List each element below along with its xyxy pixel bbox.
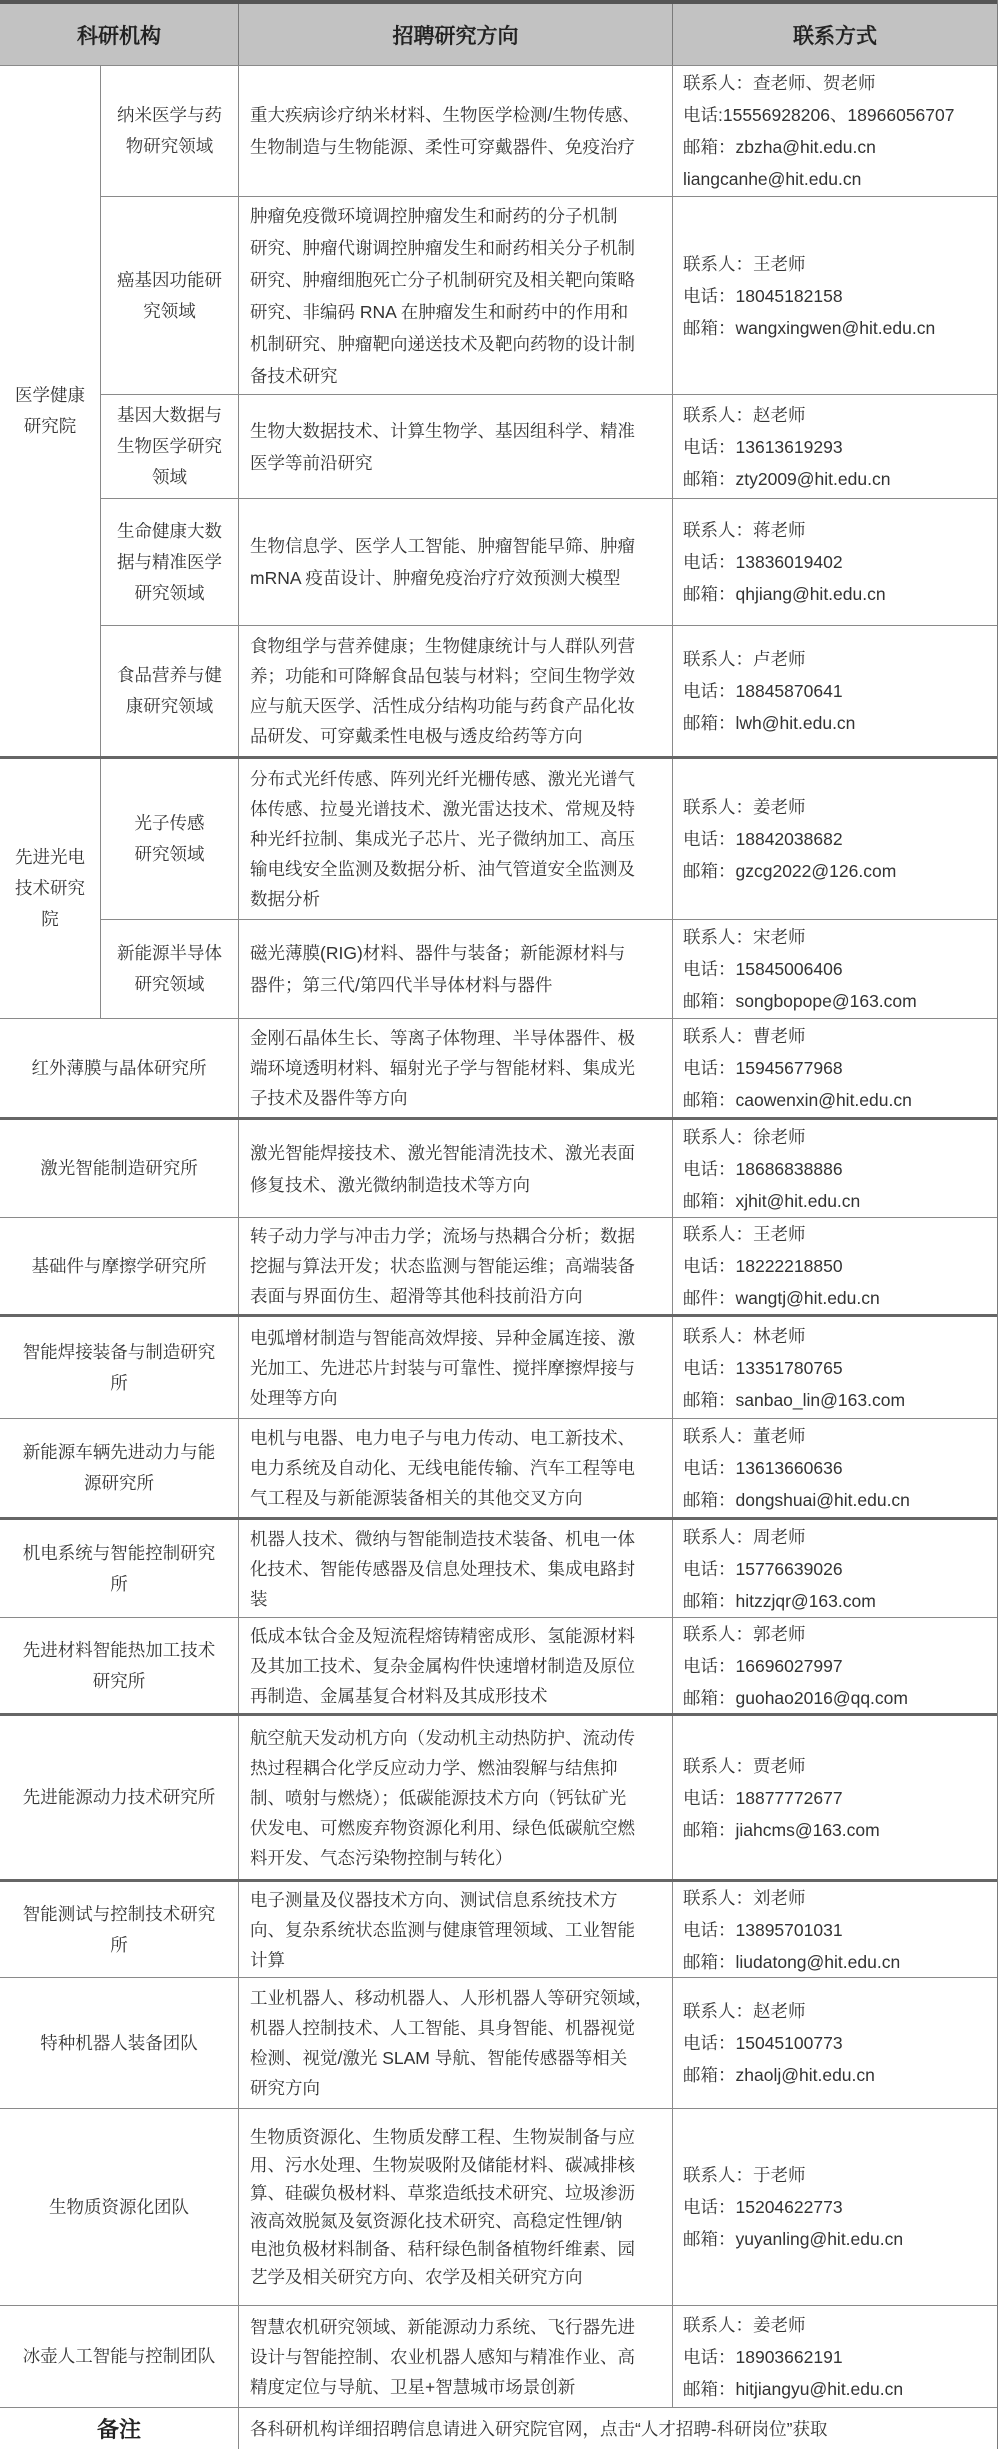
contact-person: 联系人：赵老师 — [683, 1995, 806, 2027]
contact-email: 邮箱：wangxingwen@hit.edu.cn — [683, 312, 935, 344]
table-row: 光子传感 研究领域 分布式光纤传感、阵列光纤光栅传感、激光光谱气 体传感、拉曼光… — [100, 756, 997, 919]
contact-info: 联系人：周老师 电话：15776639026 邮箱：hitzzjqr@163.c… — [672, 1520, 997, 1617]
research-directions: 智慧农机研究领域、新能源动力系统、飞行器先进 设计与智能控制、农业机器人感知与精… — [238, 2306, 672, 2407]
contact-phone: 电话：13613619293 — [683, 431, 843, 463]
table-row: 食品营养与健 康研究领域 食物组学与营养健康；生物健康统计与人群队列营 养；功能… — [100, 625, 997, 756]
table-row: 先进材料智能热加工技术 研究所 低成本钛合金及短流程熔铸精密成形、氢能源材料 及… — [0, 1617, 997, 1713]
contact-info: 联系人：于老师 电话：15204622773 邮箱：yuyanling@hit.… — [672, 2109, 997, 2305]
contact-person: 联系人：刘老师 — [683, 1882, 806, 1914]
contact-phone: 电话：18686838886 — [683, 1153, 843, 1185]
header-research-directions: 招聘研究方向 — [238, 4, 672, 65]
contact-email: 邮箱：zhaolj@hit.edu.cn — [683, 2059, 875, 2091]
contact-person: 联系人：王老师 — [683, 248, 806, 280]
field-name: 光子传感 研究领域 — [100, 759, 238, 919]
institute-name: 特种机器人装备团队 — [0, 1978, 238, 2108]
contact-email: 邮件：wangtj@hit.edu.cn — [683, 1282, 880, 1314]
table-row: 癌基因功能研 究领域 肿瘤免疫微环境调控肿瘤发生和耐药的分子机制 研究、肿瘤代谢… — [100, 196, 997, 394]
header-institution: 科研机构 — [0, 4, 238, 65]
table-row: 生物质资源化团队 生物质资源化、生物质发酵工程、生物炭制备与应 用、污水处理、生… — [0, 2108, 997, 2305]
contact-phone: 电话：18045182158 — [683, 280, 843, 312]
research-directions: 电机与电器、电力电子与电力传动、电工新技术、 电力系统及自动化、无线电能传输、汽… — [238, 1419, 672, 1517]
contact-email: 邮箱：caowenxin@hit.edu.cn — [683, 1084, 912, 1116]
research-directions: 肿瘤免疫微环境调控肿瘤发生和耐药的分子机制 研究、肿瘤代谢调控肿瘤发生和耐药相关… — [238, 197, 672, 394]
contact-phone: 电话：15045100773 — [683, 2027, 843, 2059]
contact-info: 联系人：徐老师 电话：18686838886 邮箱：xjhit@hit.edu.… — [672, 1120, 997, 1217]
research-directions: 电弧增材制造与智能高效焊接、异种金属连接、激 光加工、先进芯片封装与可靠性、搅拌… — [238, 1317, 672, 1418]
institute-name: 新能源车辆先进动力与能 源研究所 — [0, 1419, 238, 1517]
contact-info: 联系人：王老师 电话：18222218850 邮件：wangtj@hit.edu… — [672, 1218, 997, 1314]
contact-phone: 电话：16696027997 — [683, 1650, 843, 1682]
contact-phone: 电话：18845870641 — [683, 675, 843, 707]
contact-info: 联系人：姜老师 电话：18842038682 邮箱：gzcg2022@126.c… — [672, 759, 997, 919]
contact-person: 联系人：姜老师 — [683, 2309, 806, 2341]
table-row: 机电系统与智能控制研究 所 机器人技术、微纳与智能制造技术装备、机电一体 化技术… — [0, 1517, 997, 1617]
contact-phone: 电话：18877772677 — [683, 1782, 843, 1814]
contact-person: 联系人：卢老师 — [683, 643, 806, 675]
contact-person: 联系人：姜老师 — [683, 791, 806, 823]
note-row: 备注 各科研机构详细招聘信息请进入研究院官网，点击“人才招聘-科研岗位”获取 — [0, 2407, 997, 2449]
contact-phone: 电话：13613660636 — [683, 1452, 843, 1484]
contact-person: 联系人：王老师 — [683, 1218, 806, 1250]
table-right-border — [997, 0, 998, 2449]
contact-person: 联系人：贾老师 — [683, 1750, 806, 1782]
contact-person: 联系人：徐老师 — [683, 1121, 806, 1153]
contact-email: 邮箱：guohao2016@qq.com — [683, 1682, 908, 1714]
table-header: 科研机构 招聘研究方向 联系方式 — [0, 0, 997, 65]
contact-phone: 电话：13351780765 — [683, 1352, 843, 1384]
research-directions: 低成本钛合金及短流程熔铸精密成形、氢能源材料 及其加工技术、复杂金属构件快速增材… — [238, 1618, 672, 1713]
contact-person: 联系人：曹老师 — [683, 1020, 806, 1052]
contact-email: 邮箱：hitzzjqr@163.com — [683, 1585, 876, 1617]
table-row: 智能测试与控制技术研究 所 电子测量及仪器技术方向、测试信息系统技术方 向、复杂… — [0, 1879, 997, 1977]
contact-phone: 电话：15776639026 — [683, 1553, 843, 1585]
table-row: 特种机器人装备团队 工业机器人、移动机器人、人形机器人等研究领域， 机器人控制技… — [0, 1977, 997, 2108]
contact-phone: 电话：15845006406 — [683, 953, 843, 985]
table-row: 新能源车辆先进动力与能 源研究所 电机与电器、电力电子与电力传动、电工新技术、 … — [0, 1418, 997, 1517]
research-directions: 食物组学与营养健康；生物健康统计与人群队列营 养；功能和可降解食品包装与材料；空… — [238, 626, 672, 756]
contact-email: 邮箱：jiahcms@163.com — [683, 1814, 880, 1846]
table-row: 冰壶人工智能与控制团队 智慧农机研究领域、新能源动力系统、飞行器先进 设计与智能… — [0, 2305, 997, 2407]
institute-name: 先进能源动力技术研究所 — [0, 1716, 238, 1879]
contact-email: 邮箱：lwh@hit.edu.cn — [683, 707, 855, 739]
table-row: 生命健康大数 据与精准医学 研究领域 生物信息学、医学人工智能、肿瘤智能早筛、肿… — [100, 498, 997, 625]
research-directions: 磁光薄膜(RIG)材料、器件与装备；新能源材料与 器件；第三代/第四代半导体材料… — [238, 920, 672, 1018]
contact-person: 联系人：宋老师 — [683, 921, 806, 953]
contact-phone: 电话：18222218850 — [683, 1250, 843, 1282]
contact-person: 联系人：赵老师 — [683, 399, 806, 431]
contact-person: 联系人：林老师 — [683, 1320, 806, 1352]
contact-info: 联系人：王老师 电话：18045182158 邮箱：wangxingwen@hi… — [672, 197, 997, 394]
institute-name: 机电系统与智能控制研究 所 — [0, 1520, 238, 1617]
contact-phone: 电话：15204622773 — [683, 2191, 843, 2223]
research-directions: 机器人技术、微纳与智能制造技术装备、机电一体 化技术、智能传感器及信息处理技术、… — [238, 1520, 672, 1617]
contact-info: 联系人：郭老师 电话：16696027997 邮箱：guohao2016@qq.… — [672, 1618, 997, 1713]
contact-info: 联系人：卢老师 电话：18845870641 邮箱：lwh@hit.edu.cn — [672, 626, 997, 756]
contact-person: 联系人：董老师 — [683, 1420, 806, 1452]
field-name: 基因大数据与 生物医学研究 领域 — [100, 395, 238, 498]
contact-email: 邮箱：sanbao_lin@163.com — [683, 1384, 905, 1416]
field-name: 癌基因功能研 究领域 — [100, 197, 238, 394]
research-directions: 转子动力学与冲击力学；流场与热耦合分析；数据 挖掘与算法开发；状态监测与智能运维… — [238, 1218, 672, 1314]
table-row: 新能源半导体 研究领域 磁光薄膜(RIG)材料、器件与装备；新能源材料与 器件；… — [100, 919, 997, 1018]
contact-info: 联系人：查老师、贺老师 电话:15556928206、18966056707 邮… — [672, 66, 997, 196]
contact-info: 联系人：贾老师 电话：18877772677 邮箱：jiahcms@163.co… — [672, 1716, 997, 1879]
contact-info: 联系人：董老师 电话：13613660636 邮箱：dongshuai@hit.… — [672, 1419, 997, 1517]
table-row: 红外薄膜与晶体研究所 金刚石晶体生长、等离子体物理、半导体器件、极 端环境透明材… — [0, 1018, 997, 1117]
header-contact: 联系方式 — [672, 4, 997, 65]
research-directions: 电子测量及仪器技术方向、测试信息系统技术方 向、复杂系统状态监测与健康管理领域、… — [238, 1882, 672, 1977]
institute-name: 基础件与摩擦学研究所 — [0, 1218, 238, 1314]
contact-person: 联系人：于老师 — [683, 2159, 806, 2191]
field-name: 新能源半导体 研究领域 — [100, 920, 238, 1018]
table-row: 先进能源动力技术研究所 航空航天发动机方向（发动机主动热防护、流动传 热过程耦合… — [0, 1713, 997, 1879]
table-row: 基础件与摩擦学研究所 转子动力学与冲击力学；流场与热耦合分析；数据 挖掘与算法开… — [0, 1217, 997, 1314]
contact-info: 联系人：宋老师 电话：15845006406 邮箱：songbopope@163… — [672, 920, 997, 1018]
contact-person: 联系人：郭老师 — [683, 1618, 806, 1650]
institute-name: 智能测试与控制技术研究 所 — [0, 1882, 238, 1977]
group-name: 先进光电 技术研究 院 — [0, 756, 100, 1018]
contact-email: 邮箱：liudatong@hit.edu.cn — [683, 1946, 900, 1978]
field-name: 生命健康大数 据与精准医学 研究领域 — [100, 499, 238, 625]
institute-name: 生物质资源化团队 — [0, 2109, 238, 2305]
contact-phone: 电话:15556928206、18966056707 — [683, 99, 954, 131]
contact-email: 邮箱：gzcg2022@126.com — [683, 855, 896, 887]
contact-email: 邮箱：hitjiangyu@hit.edu.cn — [683, 2373, 903, 2405]
table-row: 智能焊接装备与制造研究 所 电弧增材制造与智能高效焊接、异种金属连接、激 光加工… — [0, 1314, 997, 1418]
contact-phone: 电话：15945677968 — [683, 1052, 843, 1084]
research-directions: 生物大数据技术、计算生物学、基因组科学、精准 医学等前沿研究 — [238, 395, 672, 498]
field-name: 食品营养与健 康研究领域 — [100, 626, 238, 756]
research-directions: 航空航天发动机方向（发动机主动热防护、流动传 热过程耦合化学反应动力学、燃油裂解… — [238, 1716, 672, 1879]
research-directions: 激光智能焊接技术、激光智能清洗技术、激光表面 修复技术、激光微纳制造技术等方向 — [238, 1120, 672, 1217]
contact-email: 邮箱：qhjiang@hit.edu.cn — [683, 578, 886, 610]
contact-email: 邮箱：zty2009@hit.edu.cn — [683, 463, 890, 495]
recruitment-table: 科研机构 招聘研究方向 联系方式 医学健康 研究院 纳米医学与药 物研究领域 重… — [0, 0, 999, 2449]
institute-name: 冰壶人工智能与控制团队 — [0, 2306, 238, 2407]
contact-email-secondary: liangcanhe@hit.edu.cn — [683, 163, 861, 195]
research-directions: 分布式光纤传感、阵列光纤光栅传感、激光光谱气 体传感、拉曼光谱技术、激光雷达技术… — [238, 759, 672, 919]
table-row: 基因大数据与 生物医学研究 领域 生物大数据技术、计算生物学、基因组科学、精准 … — [100, 394, 997, 498]
research-directions: 生物质资源化、生物质发酵工程、生物炭制备与应 用、污水处理、生物炭吸附及储能材料… — [238, 2109, 672, 2305]
contact-info: 联系人：赵老师 电话：15045100773 邮箱：zhaolj@hit.edu… — [672, 1978, 997, 2108]
note-text: 各科研机构详细招聘信息请进入研究院官网，点击“人才招聘-科研岗位”获取 — [238, 2408, 997, 2449]
group-name: 医学健康 研究院 — [0, 65, 100, 756]
contact-email: 邮箱：xjhit@hit.edu.cn — [683, 1185, 860, 1217]
contact-phone: 电话：18903662191 — [683, 2341, 843, 2373]
table-row: 激光智能制造研究所 激光智能焊接技术、激光智能清洗技术、激光表面 修复技术、激光… — [0, 1117, 997, 1217]
contact-info: 联系人：刘老师 电话：13895701031 邮箱：liudatong@hit.… — [672, 1882, 997, 1977]
contact-email: 邮箱：zbzha@hit.edu.cn — [683, 131, 876, 163]
research-directions: 重大疾病诊疗纳米材料、生物医学检测/生物传感、 生物制造与生物能源、柔性可穿戴器… — [238, 66, 672, 196]
contact-email: 邮箱：dongshuai@hit.edu.cn — [683, 1484, 910, 1516]
contact-person: 联系人：蒋老师 — [683, 514, 806, 546]
contact-phone: 电话：13836019402 — [683, 546, 843, 578]
contact-person: 联系人：周老师 — [683, 1521, 806, 1553]
contact-info: 联系人：姜老师 电话：18903662191 邮箱：hitjiangyu@hit… — [672, 2306, 997, 2407]
contact-info: 联系人：赵老师 电话：13613619293 邮箱：zty2009@hit.ed… — [672, 395, 997, 498]
contact-info: 联系人：蒋老师 电话：13836019402 邮箱：qhjiang@hit.ed… — [672, 499, 997, 625]
institute-name: 红外薄膜与晶体研究所 — [0, 1019, 238, 1117]
table-row: 纳米医学与药 物研究领域 重大疾病诊疗纳米材料、生物医学检测/生物传感、 生物制… — [100, 65, 997, 196]
contact-info: 联系人：林老师 电话：13351780765 邮箱：sanbao_lin@163… — [672, 1317, 997, 1418]
contact-phone: 电话：13895701031 — [683, 1914, 843, 1946]
note-label: 备注 — [0, 2408, 238, 2449]
contact-info: 联系人：曹老师 电话：15945677968 邮箱：caowenxin@hit.… — [672, 1019, 997, 1117]
institute-name: 激光智能制造研究所 — [0, 1120, 238, 1217]
research-directions: 生物信息学、医学人工智能、肿瘤智能早筛、肿瘤 mRNA 疫苗设计、肿瘤免疫治疗疗… — [238, 499, 672, 625]
research-directions: 金刚石晶体生长、等离子体物理、半导体器件、极 端环境透明材料、辐射光子学与智能材… — [238, 1019, 672, 1117]
institute-name: 智能焊接装备与制造研究 所 — [0, 1317, 238, 1418]
institute-name: 先进材料智能热加工技术 研究所 — [0, 1618, 238, 1713]
field-name: 纳米医学与药 物研究领域 — [100, 66, 238, 196]
research-directions: 工业机器人、移动机器人、人形机器人等研究领域， 机器人控制技术、人工智能、具身智… — [238, 1978, 672, 2108]
contact-phone: 电话：18842038682 — [683, 823, 843, 855]
contact-person: 联系人：查老师、贺老师 — [683, 67, 876, 99]
contact-email: 邮箱：songbopope@163.com — [683, 985, 917, 1017]
contact-email: 邮箱：yuyanling@hit.edu.cn — [683, 2223, 903, 2255]
